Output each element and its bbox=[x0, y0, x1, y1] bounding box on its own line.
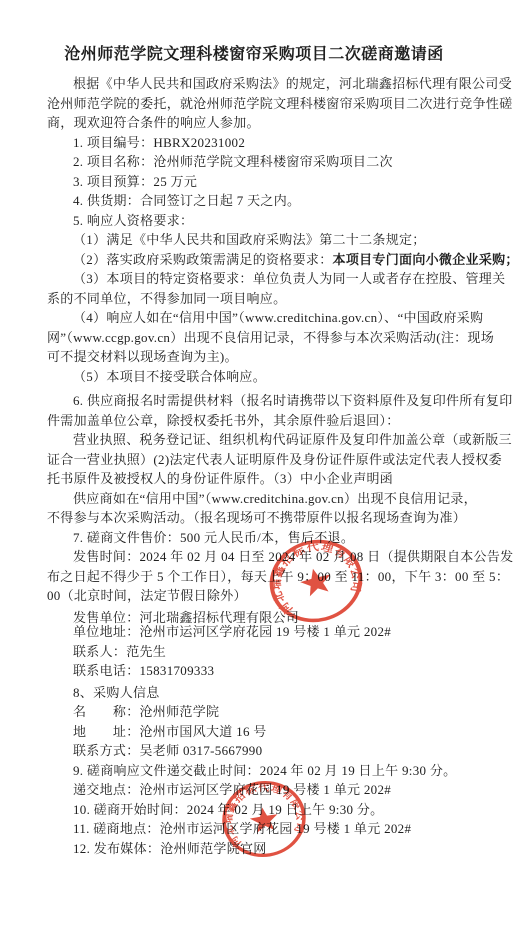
doc-line: 供应商如在“信用中国”（www.creditchina.gov.cn）出现不良信… bbox=[47, 489, 461, 509]
doc-line-text: （4）响应人如在“信用中国”（www.creditchina.gov.cn）、“… bbox=[73, 310, 483, 325]
doc-line-text: 递交地点：沧州市运河区学府花园 19 号楼 1 单元 202# bbox=[73, 782, 391, 797]
doc-line: 9. 磋商响应文件递交截止时间：2024 年 02 月 19 日上午 9:30 … bbox=[47, 761, 461, 781]
doc-line: 联系电话：15831709333 bbox=[47, 661, 461, 681]
doc-line: 7. 磋商文件售价：500 元人民币/本，售后不退。 bbox=[47, 528, 461, 548]
doc-line: 联系人：范先生 bbox=[47, 642, 461, 662]
doc-line-text: 根据《中华人民共和国政府采购法》的规定，河北瑞鑫招标代理有限公司受 bbox=[73, 76, 512, 91]
doc-line: 件需加盖单位公章，除授权委托书外，其余原件验后退回）： bbox=[47, 411, 461, 431]
doc-line-text: 营业执照、税务登记证、组织机构代码证原件及复印件加盖公章（或新版三 bbox=[73, 432, 512, 447]
doc-line: 营业执照、税务登记证、组织机构代码证原件及复印件加盖公章（或新版三 bbox=[47, 430, 461, 450]
doc-line-text: 托书原件及被授权人的身份证件原件。（3）中小企业声明函 bbox=[47, 471, 393, 486]
doc-line: 3. 项目预算：25 万元 bbox=[47, 172, 461, 192]
doc-line-text: 系的不同单位，不得参加同一项目响应。 bbox=[47, 291, 286, 306]
doc-line-text: 名 称：沧州师范学院 bbox=[73, 704, 219, 719]
doc-line: 证合一营业执照）(2)法定代表人证明原件及身份证件原件或法定代表人授权委 bbox=[47, 450, 461, 470]
doc-line: 单位地址：沧州市运河区学府花园 19 号楼 1 单元 202# bbox=[47, 622, 461, 642]
doc-line-text: 不得参与本次采购活动。（报名现场可不携带原件以报名现场查询为准） bbox=[47, 510, 466, 525]
doc-line-text: 网”（www.ccgp.gov.cn）出现不良信用记录，不得参与本次采购活动(注… bbox=[47, 330, 494, 345]
doc-line-text: 00（北京时间，法定节假日除外） bbox=[47, 588, 247, 603]
doc-line: 递交地点：沧州市运河区学府花园 19 号楼 1 单元 202# bbox=[47, 780, 461, 800]
doc-line: 根据《中华人民共和国政府采购法》的规定，河北瑞鑫招标代理有限公司受 bbox=[47, 74, 461, 94]
doc-line-text: 供应商如在“信用中国”（www.creditchina.gov.cn）出现不良信… bbox=[73, 491, 477, 506]
doc-line-text: （2）落实政府采购政策需满足的资格要求： bbox=[73, 252, 333, 267]
doc-line: 商，现欢迎符合条件的响应人参加。 bbox=[47, 113, 461, 133]
doc-line-text: 布之日起不得少于 5 个工作日），每天上午 9：00 至 11：00，下午 3：… bbox=[47, 569, 509, 584]
doc-line-text: 单位地址：沧州市运河区学府花园 19 号楼 1 单元 202# bbox=[73, 624, 391, 639]
doc-line-text: 6. 供应商报名时需提供材料（报名时请携带以下资料原件及复印件所有复印 bbox=[73, 393, 513, 408]
doc-line: 5. 响应人资格要求： bbox=[47, 211, 461, 231]
doc-line-text: 9. 磋商响应文件递交截止时间：2024 年 02 月 19 日上午 9:30 … bbox=[73, 763, 456, 778]
doc-line-text: （3）本项目的特定资格要求：单位负责人为同一人或者存在控股、管理关 bbox=[73, 271, 505, 286]
document-page: 沧州师范学院文理科楼窗帘采购项目二次磋商邀请函 根据《中华人民共和国政府采购法》… bbox=[0, 0, 521, 930]
doc-line: 8、采购人信息 bbox=[47, 683, 461, 703]
doc-line-text: 联系电话：15831709333 bbox=[73, 663, 214, 678]
doc-line: （4）响应人如在“信用中国”（www.creditchina.gov.cn）、“… bbox=[47, 308, 461, 328]
doc-line-text: 10. 磋商开始时间：2024 年 02 月 19 日上午 9:30 分。 bbox=[73, 802, 383, 817]
doc-line-text: 8、采购人信息 bbox=[73, 685, 160, 700]
doc-line-text: 11. 磋商地点：沧州市运河区学府花园 19 号楼 1 单元 202# bbox=[73, 821, 411, 836]
doc-line-text: 沧州师范学院的委托，就沧州师范学院文理科楼窗帘采购项目二次进行竞争性磋 bbox=[47, 96, 513, 111]
doc-line: （3）本项目的特定资格要求：单位负责人为同一人或者存在控股、管理关 bbox=[47, 269, 461, 289]
doc-line-text: 2. 项目名称：沧州师范学院文理科楼窗帘采购项目二次 bbox=[73, 154, 393, 169]
doc-line: 00（北京时间，法定节假日除外） bbox=[47, 586, 461, 606]
document-content: 沧州师范学院文理科楼窗帘采购项目二次磋商邀请函 根据《中华人民共和国政府采购法》… bbox=[47, 44, 461, 858]
doc-line: 联系方式：吴老师 0317-5667990 bbox=[47, 741, 461, 761]
doc-line: 托书原件及被授权人的身份证件原件。（3）中小企业声明函 bbox=[47, 469, 461, 489]
doc-line-text: 5. 响应人资格要求： bbox=[73, 213, 193, 228]
doc-line-text: （5）本项目不接受联合体响应。 bbox=[73, 369, 266, 384]
doc-line: 2. 项目名称：沧州师范学院文理科楼窗帘采购项目二次 bbox=[47, 152, 461, 172]
doc-line: 10. 磋商开始时间：2024 年 02 月 19 日上午 9:30 分。 bbox=[47, 800, 461, 820]
doc-line-text: 联系方式：吴老师 0317-5667990 bbox=[73, 743, 262, 758]
doc-line: （5）本项目不接受联合体响应。 bbox=[47, 367, 461, 387]
doc-line: （1）满足《中华人民共和国政府采购法》第二十二条规定； bbox=[47, 230, 461, 250]
doc-line: 不得参与本次采购活动。（报名现场可不携带原件以报名现场查询为准） bbox=[47, 508, 461, 528]
document-title: 沧州师范学院文理科楼窗帘采购项目二次磋商邀请函 bbox=[47, 44, 461, 66]
doc-line: 沧州师范学院的委托，就沧州师范学院文理科楼窗帘采购项目二次进行竞争性磋 bbox=[47, 94, 461, 114]
doc-line-text: 12. 发布媒体：沧州师范学院官网 bbox=[73, 841, 267, 856]
doc-line-text: 发售时间：2024 年 02 月 04 日至 2024 年 02 月 08 日（… bbox=[73, 549, 513, 564]
doc-line: 网”（www.ccgp.gov.cn）出现不良信用记录，不得参与本次采购活动(注… bbox=[47, 328, 461, 348]
doc-line-text: 可不提交材料以现场查询为主)。 bbox=[47, 349, 238, 364]
doc-line: 12. 发布媒体：沧州师范学院官网 bbox=[47, 839, 461, 859]
doc-line: 布之日起不得少于 5 个工作日），每天上午 9：00 至 11：00，下午 3：… bbox=[47, 567, 461, 587]
doc-line-text: 3. 项目预算：25 万元 bbox=[73, 174, 197, 189]
doc-line: 4. 供货期：合同签订之日起 7 天之内。 bbox=[47, 191, 461, 211]
doc-line: 系的不同单位，不得参加同一项目响应。 bbox=[47, 289, 461, 309]
doc-line-text: 7. 磋商文件售价：500 元人民币/本，售后不退。 bbox=[73, 530, 354, 545]
doc-line-text: 地 址：沧州市国风大道 16 号 bbox=[73, 724, 267, 739]
document-body: 根据《中华人民共和国政府采购法》的规定，河北瑞鑫招标代理有限公司受沧州师范学院的… bbox=[47, 74, 461, 858]
doc-line-text: （1）满足《中华人民共和国政府采购法》第二十二条规定； bbox=[73, 232, 426, 247]
doc-line-text: 件需加盖单位公章，除授权委托书外，其余原件验后退回）： bbox=[47, 413, 400, 428]
doc-line: 6. 供应商报名时需提供材料（报名时请携带以下资料原件及复印件所有复印 bbox=[47, 391, 461, 411]
doc-line-text: 4. 供货期：合同签订之日起 7 天之内。 bbox=[73, 193, 300, 208]
doc-line-text: 联系人：范先生 bbox=[73, 644, 166, 659]
doc-line: 发售时间：2024 年 02 月 04 日至 2024 年 02 月 08 日（… bbox=[47, 547, 461, 567]
doc-line-text: 证合一营业执照）(2)法定代表人证明原件及身份证件原件或法定代表人授权委 bbox=[47, 452, 502, 467]
doc-line: 11. 磋商地点：沧州市运河区学府花园 19 号楼 1 单元 202# bbox=[47, 819, 461, 839]
doc-line: 名 称：沧州师范学院 bbox=[47, 702, 461, 722]
doc-line-text: 1. 项目编号：HBRX20231002 bbox=[73, 135, 245, 150]
doc-line: 可不提交材料以现场查询为主)。 bbox=[47, 347, 461, 367]
doc-line: （2）落实政府采购政策需满足的资格要求：本项目专门面向小微企业采购； bbox=[47, 250, 461, 270]
doc-line-text: 商，现欢迎符合条件的响应人参加。 bbox=[47, 115, 260, 130]
doc-line: 1. 项目编号：HBRX20231002 bbox=[47, 133, 461, 153]
doc-line: 地 址：沧州市国风大道 16 号 bbox=[47, 722, 461, 742]
doc-line-bold-text: 本项目专门面向小微企业采购； bbox=[333, 252, 519, 267]
